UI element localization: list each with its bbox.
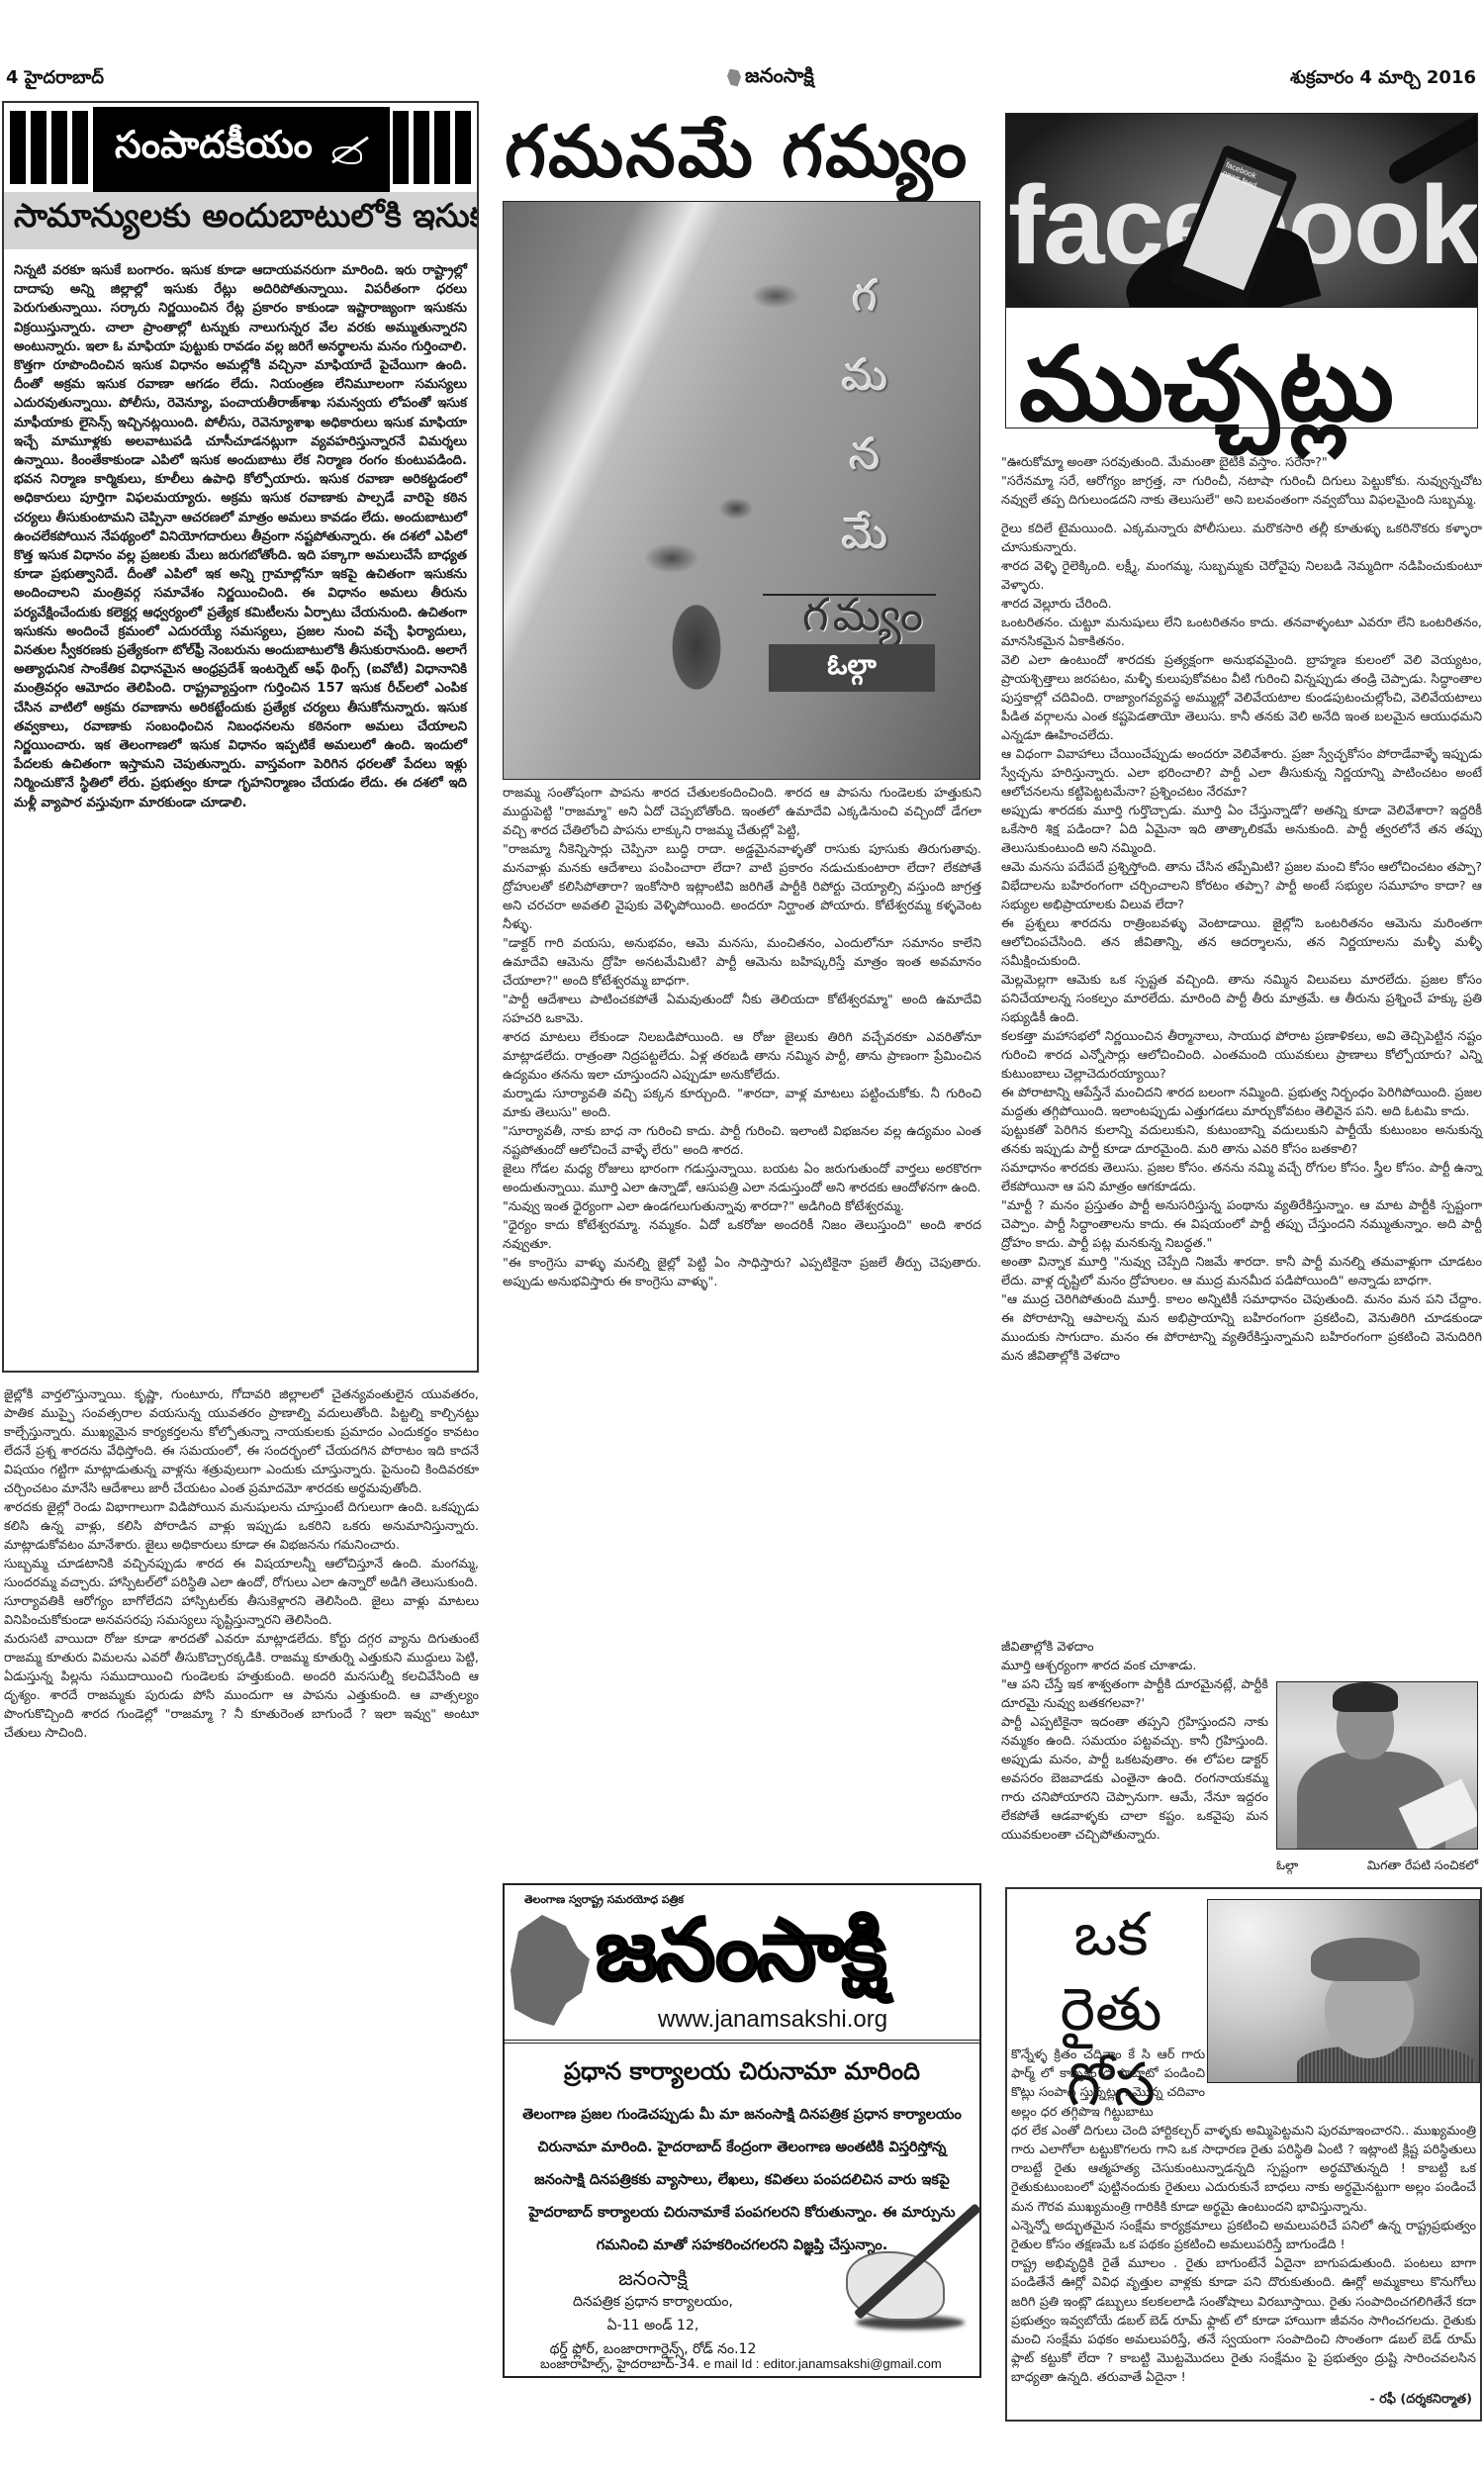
feature-title: గమనమే గమ్యం (505, 107, 979, 196)
story-paragraph: "మార్టీ ? మనం ప్రస్తుతం పార్టీ అనుసరిస్త… (1001, 1196, 1482, 1253)
cover-vertical-title: గ మ న మే గమ్యం (810, 271, 919, 653)
continued-note: మిగతా రేపటి సంచికలో (1367, 1857, 1478, 1876)
author-photo-section: జీవితాల్లోకి వెళదాం మూర్తి ఆశ్చర్యంగా శా… (1001, 1638, 1482, 1870)
notice-heading: ప్రధాన కార్యాలయ చిరునామా మారింది (505, 2057, 979, 2091)
editorial-body: నిన్నటి వరకూ ఇసుకే బంగారం. ఇసుక కూడా ఆదా… (4, 249, 477, 812)
photo-caption: ఓల్గా మిగతా రేపటి సంచికలో (1276, 1857, 1478, 1876)
story-paragraph: ఆ విధంగా వివాహాలు చేయించేప్పుడు అందరూ వె… (1001, 745, 1482, 802)
story-paragraph: మరుసటి వాయిదా రోజు కూడా శారదతో ఎవరూ మాట్… (4, 1630, 479, 1743)
paper-name-text: జనంసాక్షి (745, 63, 814, 92)
notice-line: చిరునామా మారింది. హైదరాబాద్ కేంద్రంగా తె… (505, 2132, 979, 2164)
email-label: e mail Id : (703, 2356, 759, 2371)
story-paragraph: రైలు కదిలే టైమయింది. ఎక్కమన్నారు పోలీసుల… (1001, 520, 1482, 557)
cover-letter: న (850, 429, 881, 491)
title-line: ఒక రైతు (1017, 1897, 1205, 2047)
story-paragraph: పుట్టుకతో పెరిగిన కులాన్ని వదులుకుని, కు… (1001, 1121, 1482, 1159)
janamsakshi-logo: జనంసాక్షి (596, 1903, 884, 1998)
notice-line: జనంసాక్షి దినపత్రికకు వ్యాసాలు, లేఖలు, క… (505, 2164, 979, 2197)
story-paragraph: పార్టీ ఎప్పటికైనా ఇదంతా తప్పని గ్రహిస్తు… (1001, 1713, 1268, 1845)
cover-letter: మ (842, 350, 888, 412)
editorial-box: సంపాదకీయం సామాన్యులకు అందుబాటులోకి ఇసుక … (2, 101, 479, 1373)
story-paragraph: అంతా విన్నాక మూర్తి "నువ్వు చెప్పేది నిజ… (1001, 1253, 1482, 1290)
author-tag: ఓల్గా (769, 644, 935, 692)
paper-name: జనంసాక్షి (727, 63, 814, 92)
story-paragraph: మూర్తి ఆశ్చర్యంగా శారద వంక చూశాడు. (1001, 1657, 1268, 1675)
editorial-headline: సామాన్యులకు అందుబాటులోకి ఇసుక (4, 192, 477, 249)
telangana-map-icon (510, 1915, 590, 2026)
story-continuation: జీవితాల్లోకి వెళదాం మూర్తి ఆశ్చర్యంగా శా… (1001, 1638, 1268, 1845)
issue-date: శుక్రవారం 4 మార్చి 2016 (1290, 67, 1476, 92)
hand-writing-pen-icon (816, 2202, 974, 2340)
beach-footprints-cover-image: గ మ న మే గమ్యం ఓల్గా (503, 201, 980, 780)
author-olga-photo (1276, 1681, 1478, 1850)
story-paragraph: "డాక్టర్ గారి వయసు, అనుభవం, ఆమె మనసు, మం… (503, 934, 981, 991)
column-paragraph: కొన్నేళ్ళ క్రితం చదివాం కే సి ఆర్ గారు ఫ… (1011, 2046, 1205, 2122)
serial-story-right-column: "ఊరుకోమ్మా అంతా సరవుతుంది. మేమంతా బైటికి… (1001, 453, 1482, 1366)
notice-email-line: బంజారాహిల్స్, హైదరాబాద్-34. e mail Id : … (540, 2356, 942, 2375)
pen-writing-icon (325, 135, 368, 164)
story-paragraph: "రాజమ్మా నీకెన్నిసార్లు చెప్పినా బుద్ధి … (503, 840, 981, 934)
story-paragraph: ఈ ప్రశ్నలు శారదను రాత్రింబవళ్ళు వెంటాడాయ… (1001, 914, 1482, 971)
story-paragraph: "ఊరుకోమ్మా అంతా సరవుతుంది. మేమంతా బైటికి… (1001, 453, 1482, 472)
telangana-map-icon (727, 69, 741, 87)
column-paragraph: ఎన్నెన్నో అద్భుతమైన సంక్షేమ కార్యక్రమాలు… (1011, 2217, 1476, 2254)
story-paragraph: "పార్టీ ఆదేశాలు పాటించకపోతే ఏమవుతుందో నీ… (503, 991, 981, 1028)
address-line: ఏ-11 అండ్ 12, (505, 2314, 801, 2337)
story-paragraph: సూర్యావతికి ఆరోగ్యం బాగోలేదని హాస్పిటల్‌… (4, 1592, 479, 1630)
story-paragraph: శారద మాటలు లేకుండా నిలబడిపోయింది. ఆ రోజు… (503, 1028, 981, 1085)
story-paragraph: రాజమ్మ సంతోషంగా పాపను శారద చేతులకందించిం… (503, 784, 981, 840)
columnist-signature: - రఫీ (దర్శకనిర్మాత) (1011, 2390, 1476, 2409)
story-paragraph: ఒంటరితనం. చుట్టూ మనుషులు లేని ఒంటరితనం క… (1001, 614, 1482, 651)
page-masthead: 4 హైదరాబాద్ జనంసాక్షి శుక్రవారం 4 మార్చి… (0, 0, 1484, 99)
cover-letter: మే (842, 509, 888, 570)
editorial-section-label: సంపాదకీయం (93, 107, 390, 192)
section-label-text: సంపాదకీయం (115, 123, 313, 176)
website-link[interactable]: www.janamsakshi.org (658, 2006, 887, 2034)
story-paragraph: "ధైర్యం కాదు కోటేశ్వరమ్మా. నమ్మకం. ఏదో ఒ… (503, 1216, 981, 1254)
farmer-column-body: కొన్నేళ్ళ క్రితం చదివాం కే సి ఆర్ గారు ఫ… (1011, 2046, 1476, 2409)
column-paragraph: ధర లేక ఎంతో దిగులు చెంది హార్టికల్చర్ వా… (1011, 2122, 1476, 2217)
story-paragraph: "నువ్వు ఇంత ధైర్యంగా ఎలా ఉండగలుగుతున్నావ… (503, 1197, 981, 1216)
facebook-phone-image: facebook facebook news feed (1005, 113, 1478, 308)
email-link[interactable]: editor.janamsakshi@gmail.com (764, 2356, 942, 2371)
feature-title-muchatlu: ముచ్చట్లు (1019, 315, 1394, 453)
story-paragraph: ఆమె మనసు పదేపదే ప్రశ్నిస్తోంది. తాను చేస… (1001, 858, 1482, 914)
notice-address-block: జనంసాక్షి దినపత్రిక ప్రధాన కార్యాలయం, ఏ-… (505, 2266, 801, 2361)
story-paragraph: సమాధానం శారదకు తెలుసు. ప్రజల కోసం. తనను … (1001, 1159, 1482, 1196)
story-paragraph: జైల్లోకి వార్తలొస్తున్నాయి. కృష్ణా, గుంట… (4, 1385, 479, 1498)
story-paragraph: సుబ్బమ్మ చూడటానికి వచ్చినప్పుడు శారద ఈ వ… (4, 1555, 479, 1592)
story-paragraph: "ఆ ముద్ర చెరిగిపోతుంది మూర్తీ. కాలం అన్న… (1001, 1290, 1482, 1366)
story-paragraph: జీవితాల్లోకి వెళదాం (1001, 1638, 1482, 1657)
story-paragraph: మర్నాడు సూర్యావతి వచ్చి పక్కన కూర్చుంది.… (503, 1085, 981, 1122)
notice-line: తెలంగాణ ప్రజల గుండెచప్పుడు మీ మా జనంసాక్… (505, 2099, 979, 2132)
column-paragraph: రాష్ట్ర అభివృద్ధికి రైతే మూలం . రైతు బాగ… (1011, 2254, 1476, 2387)
story-paragraph: "సరేనమ్మా సరే, ఆరోగ్యం జాగ్రత్త, నా గురి… (1001, 472, 1482, 510)
story-paragraph: అప్పుడు శారదకు మూర్తి గుర్తొచ్చాడు. మూర్… (1001, 802, 1482, 858)
address-last-line: బంజారాహిల్స్, హైదరాబాద్-34. (540, 2357, 699, 2372)
editorial-banner: సంపాదకీయం (4, 103, 477, 192)
story-paragraph: "ఆ పని చేస్తే ఇక శాశ్వతంగా పార్టీకి దూరమ… (1001, 1675, 1268, 1713)
story-paragraph: శారద వెళ్ళి రైలెక్కింది. లక్ష్మీ, మంగమ్మ… (1001, 557, 1482, 595)
address-line: దినపత్రిక ప్రధాన కార్యాలయం, (505, 2290, 801, 2314)
cover-rule (763, 594, 936, 596)
page-number-label: 4 హైదరాబాద్ (6, 67, 104, 92)
story-paragraph: శారద వెల్లూరు చేరింది. (1001, 595, 1482, 614)
story-paragraph: "సూర్యావతీ, నాకు బాధ నా గురించి కాదు. పా… (503, 1122, 981, 1160)
address-change-notice: తెలంగాణ స్వరాష్ట్ర సమరయోధ పత్రిక జనంసాక్… (503, 1883, 981, 2378)
notice-logo-header: తెలంగాణ స్వరాష్ట్ర సమరయోధ పత్రిక జనంసాక్… (505, 1885, 979, 2044)
cover-letter: గ (852, 271, 878, 333)
farmer-plight-column: ఒక రైతు గోస కొన్నేళ్ళ క్రితం చదివాం కే స… (1005, 1887, 1482, 2422)
caption-author-name: ఓల్గా (1276, 1857, 1298, 1876)
story-paragraph: శారదకు జైల్లో రెండు విభాగాలుగా విడిపోయిన… (4, 1498, 479, 1555)
notice-org: జనంసాక్షి (505, 2266, 801, 2290)
story-paragraph: వెలి ఎలా ఉంటుందో శారదకు ప్రత్యక్షంగా అను… (1001, 651, 1482, 745)
story-paragraph: మెల్లమెల్లగా ఆమెకు ఒక స్పష్టత వచ్చింది. … (1001, 971, 1482, 1027)
story-paragraph: కలకత్తా మహాసభలో నిర్ణయించిన తీర్మానాలు, … (1001, 1027, 1482, 1084)
serial-story-middle-column: రాజమ్మ సంతోషంగా పాపను శారద చేతులకందించిం… (503, 784, 981, 1291)
serial-story-left-column: జైల్లోకి వార్తలొస్తున్నాయి. కృష్ణా, గుంట… (4, 1385, 479, 1743)
story-paragraph: ఈ పోరాటాన్ని ఆపేస్తేనే మంచిదని శారద బలంగ… (1001, 1084, 1482, 1121)
story-paragraph: జైలు గోడల మధ్య రోజులు భారంగా గడుస్తున్నా… (503, 1160, 981, 1197)
story-paragraph: "ఈ కాంగ్రెసు వాళ్ళు మనల్ని జైల్లో పెట్టి… (503, 1254, 981, 1291)
